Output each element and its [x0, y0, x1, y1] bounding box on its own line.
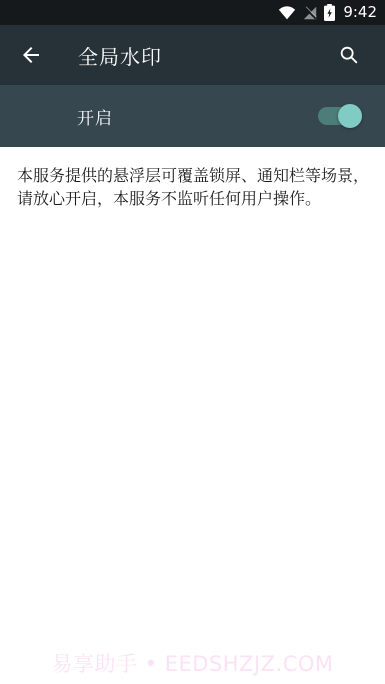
service-description-text: 本服务提供的悬浮层可覆盖锁屏、通知栏等场景，请放心开启，本服务不监听任何用户操作… — [0, 147, 385, 210]
page-title: 全局水印 — [78, 41, 337, 70]
content-area: 本服务提供的悬浮层可覆盖锁屏、通知栏等场景，请放心开启，本服务不监听任何用户操作… — [0, 147, 385, 684]
wifi-icon — [278, 5, 296, 20]
status-time: 9:42 — [343, 0, 377, 25]
app-bar: 全局水印 — [0, 25, 385, 85]
no-sim-icon — [302, 5, 318, 21]
toggle-label: 开启 — [77, 104, 318, 129]
back-arrow-icon[interactable] — [18, 42, 44, 68]
status-bar: 9:42 — [0, 0, 385, 25]
bottom-watermark-text: 易享助手 • EEDSHZJZ.COM — [0, 648, 385, 678]
master-toggle-row[interactable]: 开启 uzzf.com — [0, 85, 385, 147]
switch-thumb — [338, 104, 362, 128]
global-watermark-settings-screen: 9:42 全局水印 开启 uzzf.com 本服务提供的悬浮层可覆盖锁屏、通知栏… — [0, 0, 385, 684]
battery-charging-icon — [324, 4, 335, 21]
search-icon[interactable] — [337, 43, 361, 67]
enable-switch[interactable] — [318, 103, 362, 129]
